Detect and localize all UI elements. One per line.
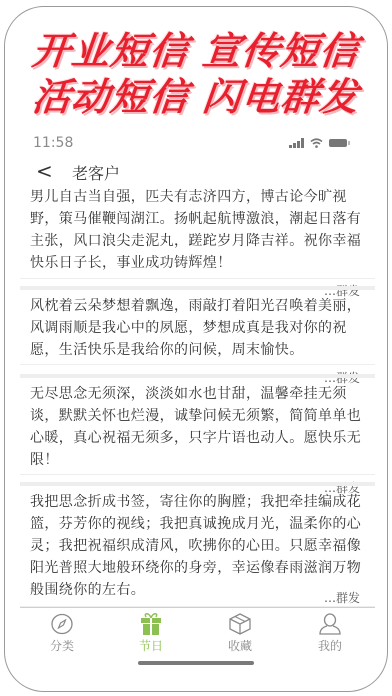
message-card: 男儿自古当自强，匹夫有志济四方，博古论今旷视野，策马催鞭闯湖江。扬帆起航博激浪，… xyxy=(20,186,375,298)
compass-icon xyxy=(50,613,74,635)
banner-headline-2: 活动短信 闪电群发 xyxy=(0,66,392,121)
tab-label: 节日 xyxy=(121,637,181,654)
tabbar-divider xyxy=(20,607,375,608)
message-text: 男儿自古当自强，匹夫有志济四方，博古论今旷视野，策马催鞭闯湖江。扬帆起航博激浪，… xyxy=(30,186,370,274)
user-icon xyxy=(318,613,342,635)
page-title: 老客户 xyxy=(72,161,120,184)
back-button[interactable]: < xyxy=(36,160,53,182)
status-time: 11:58 xyxy=(33,135,73,151)
message-card: 我把思念折成书签，寄往你的胸膛；我把牵挂编成花篮，芬芳你的视线；我把真诚挽成月光… xyxy=(20,491,375,609)
promo-banner: 开业短信 宣传短信 活动短信 闪电群发 xyxy=(0,0,392,120)
card-separator xyxy=(20,374,375,378)
tab-label: 分类 xyxy=(32,637,92,654)
gift-icon xyxy=(139,613,163,635)
message-text: 无尽思念无须深，淡淡如水也甘甜，温馨牵挂无须谈，默默关怀也烂漫，诚挚问候无须繁，… xyxy=(30,383,370,471)
status-icons xyxy=(289,138,347,148)
tab-bar: 分类 节日 收藏 我的 xyxy=(0,607,392,657)
card-separator xyxy=(20,482,375,486)
tab-holiday[interactable]: 节日 xyxy=(121,613,181,653)
signal-icon xyxy=(289,138,304,148)
message-text: 风枕着云朵梦想着飘逸，雨敲打着阳光召唤着美丽，风调雨顺是我心中的夙愿，梦想成真是… xyxy=(30,295,370,361)
card-divider xyxy=(20,364,375,365)
card-separator xyxy=(20,286,375,290)
tab-label: 我的 xyxy=(300,637,360,654)
message-card: 风枕着云朵梦想着飘逸，雨敲打着阳光召唤着美丽，风调雨顺是我心中的夙愿，梦想成真是… xyxy=(20,295,375,385)
battery-icon xyxy=(329,139,347,147)
tab-label: 收藏 xyxy=(210,637,270,654)
tab-category[interactable]: 分类 xyxy=(32,613,92,653)
wifi-icon xyxy=(310,138,323,148)
status-bar: 11:58 xyxy=(0,130,392,156)
box-icon xyxy=(228,613,252,635)
card-divider xyxy=(20,474,375,475)
send-button[interactable]: …群发 xyxy=(324,589,360,606)
tab-profile[interactable]: 我的 xyxy=(300,613,360,653)
card-divider xyxy=(20,278,375,279)
message-card: 无尽思念无须深，淡淡如水也甘甜，温馨牵挂无须谈，默默关怀也烂漫，诚挚问候无须繁，… xyxy=(20,383,375,493)
nav-header: < 老客户 xyxy=(0,160,392,184)
home-indicator[interactable] xyxy=(138,661,254,665)
message-text: 我把思念折成书签，寄往你的胸膛；我把牵挂编成花篮，芬芳你的视线；我把真诚挽成月光… xyxy=(30,491,370,601)
tab-favorites[interactable]: 收藏 xyxy=(210,613,270,653)
